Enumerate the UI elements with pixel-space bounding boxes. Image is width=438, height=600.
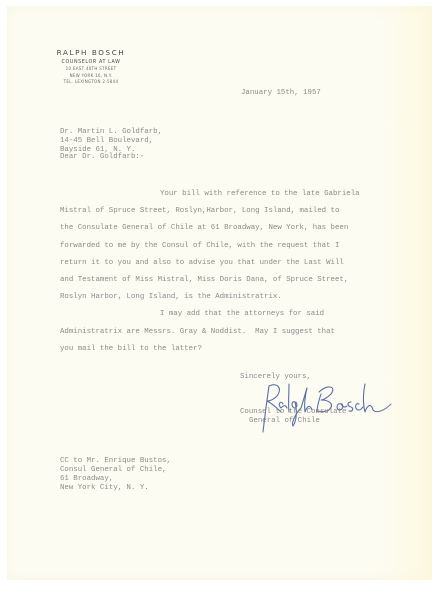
body-line: Your bill with reference to the late Gab… xyxy=(60,186,360,203)
body-line: and Testament of Miss Mistral, Miss Dori… xyxy=(60,272,360,289)
cc-line: CC to Mr. Enrique Bustos, xyxy=(60,457,171,466)
body-line: Mistral of Spruce Street, Roslyn,Harbor,… xyxy=(60,203,360,220)
body-line: you mail the bill to the latter? xyxy=(60,341,360,358)
signature-title-line: Counsel to the Consulate xyxy=(240,408,346,417)
recipient-line: 14-45 Bell Boulevard, xyxy=(60,137,162,146)
body-line: Administratrix are Messrs. Gray & Noddis… xyxy=(60,324,360,341)
recipient-address: Dr. Martin L. Goldfarb,14-45 Bell Boulev… xyxy=(60,128,162,155)
cc-line: Consul General of Chile, xyxy=(60,466,171,475)
cc-line: 61 Broadway, xyxy=(60,475,171,484)
letterhead-name: RALPH BOSCH xyxy=(43,48,139,58)
signature-title-line: General of Chile xyxy=(240,417,346,426)
letterhead: RALPH BOSCH COUNSELOR AT LAW 10 EAST 40T… xyxy=(43,48,139,86)
letter-body: Your bill with reference to the late Gab… xyxy=(60,186,360,358)
letterhead-title: COUNSELOR AT LAW xyxy=(43,59,139,66)
body-line: the Consulate General of Chile at 61 Bro… xyxy=(60,220,360,237)
cc-line: New York City, N. Y. xyxy=(60,484,171,493)
body-line: forwarded to me by the Consul of Chile, … xyxy=(60,238,360,255)
body-line: I may add that the attorneys for said xyxy=(60,306,360,323)
body-line: return it to you and also to advise you … xyxy=(60,255,360,272)
cc-block: CC to Mr. Enrique Bustos,Consul General … xyxy=(60,457,171,493)
salutation: Dear Dr. Goldfarb:- xyxy=(60,153,144,162)
signature-title: Counsel to the ConsulateGeneral of Chile xyxy=(240,408,346,426)
letter-page: RALPH BOSCH COUNSELOR AT LAW 10 EAST 40T… xyxy=(7,6,432,580)
letter-date: January 15th, 1957 xyxy=(241,89,321,98)
letterhead-street: 10 EAST 40TH STREET xyxy=(43,66,139,73)
recipient-line: Dr. Martin L. Goldfarb, xyxy=(60,128,162,137)
letterhead-phone: TEL. LEXINGTON 2-5844 xyxy=(43,79,139,86)
letterhead-city: NEW YORK 16, N.Y. xyxy=(43,73,139,80)
body-line: Roslyn Harbor, Long Island, is the Admin… xyxy=(60,289,360,306)
